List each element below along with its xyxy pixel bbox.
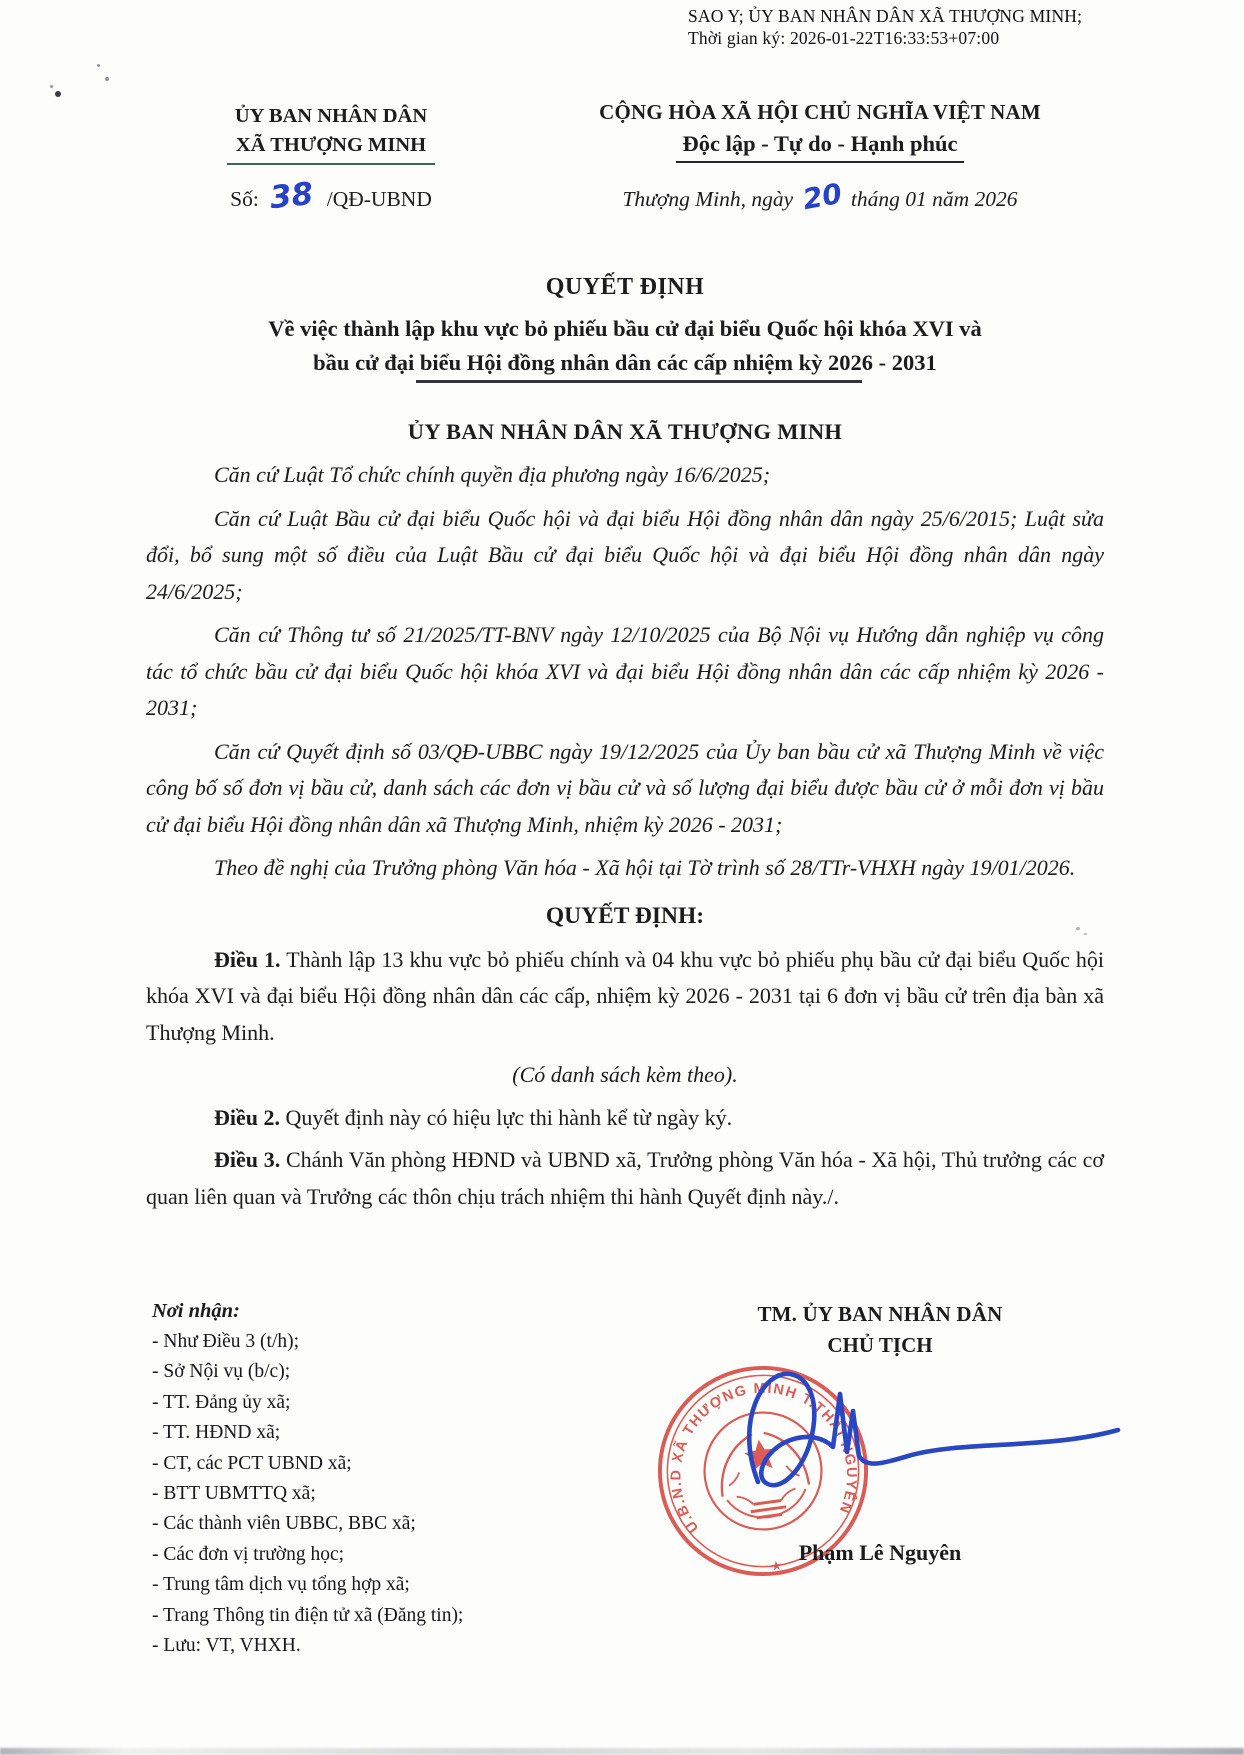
recipient-item: - TT. Đảng ủy xã;: [152, 1388, 582, 1418]
decision-operative-heading: QUYẾT ĐỊNH:: [146, 897, 1104, 936]
article-1-text: Thành lập 13 khu vực bỏ phiếu chính và 0…: [146, 947, 1104, 1045]
date-suffix: tháng 01 năm 2026: [851, 187, 1018, 211]
signature-on-behalf: TM. ỦY BAN NHÂN DÂN: [588, 1302, 1172, 1327]
number-suffix: /QĐ-UBND: [327, 187, 432, 211]
scan-speck: [50, 85, 53, 88]
recipient-item: - Lưu: VT, VHXH.: [152, 1631, 582, 1661]
recipient-item: - TT. HĐND xã;: [152, 1418, 582, 1448]
article-3-label: Điều 3.: [214, 1147, 280, 1172]
national-motto-line1: CỘNG HÒA XÃ HỘI CHỦ NGHĨA VIỆT NAM: [520, 100, 1120, 125]
scan-speck: [97, 64, 100, 67]
article-2-label: Điều 2.: [214, 1105, 280, 1130]
article-3: Điều 3. Chánh Văn phòng HĐND và UBND xã,…: [146, 1142, 1104, 1215]
signer-name: Phạm Lê Nguyên: [588, 1540, 1172, 1566]
decision-subtitle-line1: Về việc thành lập khu vực bỏ phiếu bầu c…: [146, 312, 1104, 346]
issuer-heading: ỦY BAN NHÂN DÂN XÃ THƯỢNG MINH: [146, 413, 1104, 450]
document-number: Số: 38 /QĐ-UBND: [186, 187, 476, 212]
recipient-item: - CT, các PCT UBND xã;: [152, 1449, 582, 1479]
recipient-item: - Các thành viên UBBC, BBC xã;: [152, 1509, 582, 1539]
article-3-text: Chánh Văn phòng HĐND và UBND xã, Trưởng …: [146, 1147, 1104, 1209]
recipient-item: - Trung tâm dịch vụ tổng hợp xã;: [152, 1570, 582, 1600]
article-1-label: Điều 1.: [214, 947, 281, 972]
handwritten-day: 20: [799, 193, 845, 201]
handwritten-number: 38: [264, 193, 321, 199]
recital-paragraph: Theo đề nghị của Trưởng phòng Văn hóa - …: [146, 850, 1104, 887]
recital-paragraph: Căn cứ Thông tư số 21/2025/TT-BNV ngày 1…: [146, 617, 1104, 727]
scan-speck: [1076, 927, 1080, 930]
recipient-item: - Như Điều 3 (t/h);: [152, 1327, 582, 1357]
document-page: SAO Y; ỦY BAN NHÂN DÂN XÃ THƯỢNG MINH; T…: [0, 0, 1244, 1755]
date-prefix: Thượng Minh, ngày: [622, 187, 793, 211]
recipients-label: Nơi nhận:: [152, 1300, 582, 1323]
scan-speck: [1084, 933, 1087, 935]
title-underline: [416, 380, 862, 383]
recipient-item: - BTT UBMTTQ xã;: [152, 1479, 582, 1509]
recital-paragraph: Căn cứ Luật Bầu cử đại biểu Quốc hội và …: [146, 501, 1104, 611]
scan-bottom-edge: [0, 1748, 1244, 1755]
recipient-item: - Trang Thông tin điện tử xã (Đăng tin);: [152, 1601, 582, 1631]
signature-block: TM. ỦY BAN NHÂN DÂN CHỦ TỊCH U.B.N.D XÃ …: [588, 1302, 1172, 1358]
esign-line2: Thời gian ký: 2026-01-22T16:33:53+07:00: [688, 28, 1228, 50]
document-body: QUYẾT ĐỊNH Về việc thành lập khu vực bỏ …: [146, 268, 1104, 1221]
esign-line1: SAO Y; ỦY BAN NHÂN DÂN XÃ THƯỢNG MINH;: [688, 6, 1228, 28]
org-name-line1: ỦY BAN NHÂN DÂN: [186, 102, 476, 131]
scan-speck: [105, 77, 109, 81]
header-issuing-org: ỦY BAN NHÂN DÂN XÃ THƯỢNG MINH Số: 38 /Q…: [186, 102, 476, 212]
esign-stamp: SAO Y; ỦY BAN NHÂN DÂN XÃ THƯỢNG MINH; T…: [688, 6, 1228, 50]
article-2: Điều 2. Quyết định này có hiệu lực thi h…: [146, 1100, 1104, 1137]
handwritten-signature: [716, 1354, 1152, 1540]
national-motto-line2: Độc lập - Tự do - Hạnh phúc: [676, 131, 963, 163]
org-name-line2: XÃ THƯỢNG MINH: [186, 131, 476, 160]
recital-paragraph: Căn cứ Quyết định số 03/QĐ-UBBC ngày 19/…: [146, 734, 1104, 844]
article-1: Điều 1. Thành lập 13 khu vực bỏ phiếu ch…: [146, 942, 1104, 1052]
scan-speck: [55, 91, 61, 97]
decision-subtitle-line2: bầu cử đại biểu Hội đồng nhân dân các cấ…: [146, 346, 1104, 380]
recipients-block: Nơi nhận: - Như Điều 3 (t/h); - Sở Nội v…: [152, 1300, 582, 1661]
attachment-note: (Có danh sách kèm theo).: [146, 1057, 1104, 1094]
place-date-line: Thượng Minh, ngày 20 tháng 01 năm 2026: [520, 187, 1120, 212]
org-underline: [227, 163, 435, 165]
header-national: CỘNG HÒA XÃ HỘI CHỦ NGHĨA VIỆT NAM Độc l…: [520, 100, 1120, 212]
recipient-item: - Sở Nội vụ (b/c);: [152, 1357, 582, 1387]
recital-paragraph: Căn cứ Luật Tổ chức chính quyền địa phươ…: [146, 457, 1104, 494]
article-2-text: Quyết định này có hiệu lực thi hành kể t…: [286, 1105, 733, 1130]
recipient-item: - Các đơn vị trường học;: [152, 1540, 582, 1570]
number-prefix: Số:: [230, 187, 259, 211]
decision-title: QUYẾT ĐỊNH: [146, 268, 1104, 308]
